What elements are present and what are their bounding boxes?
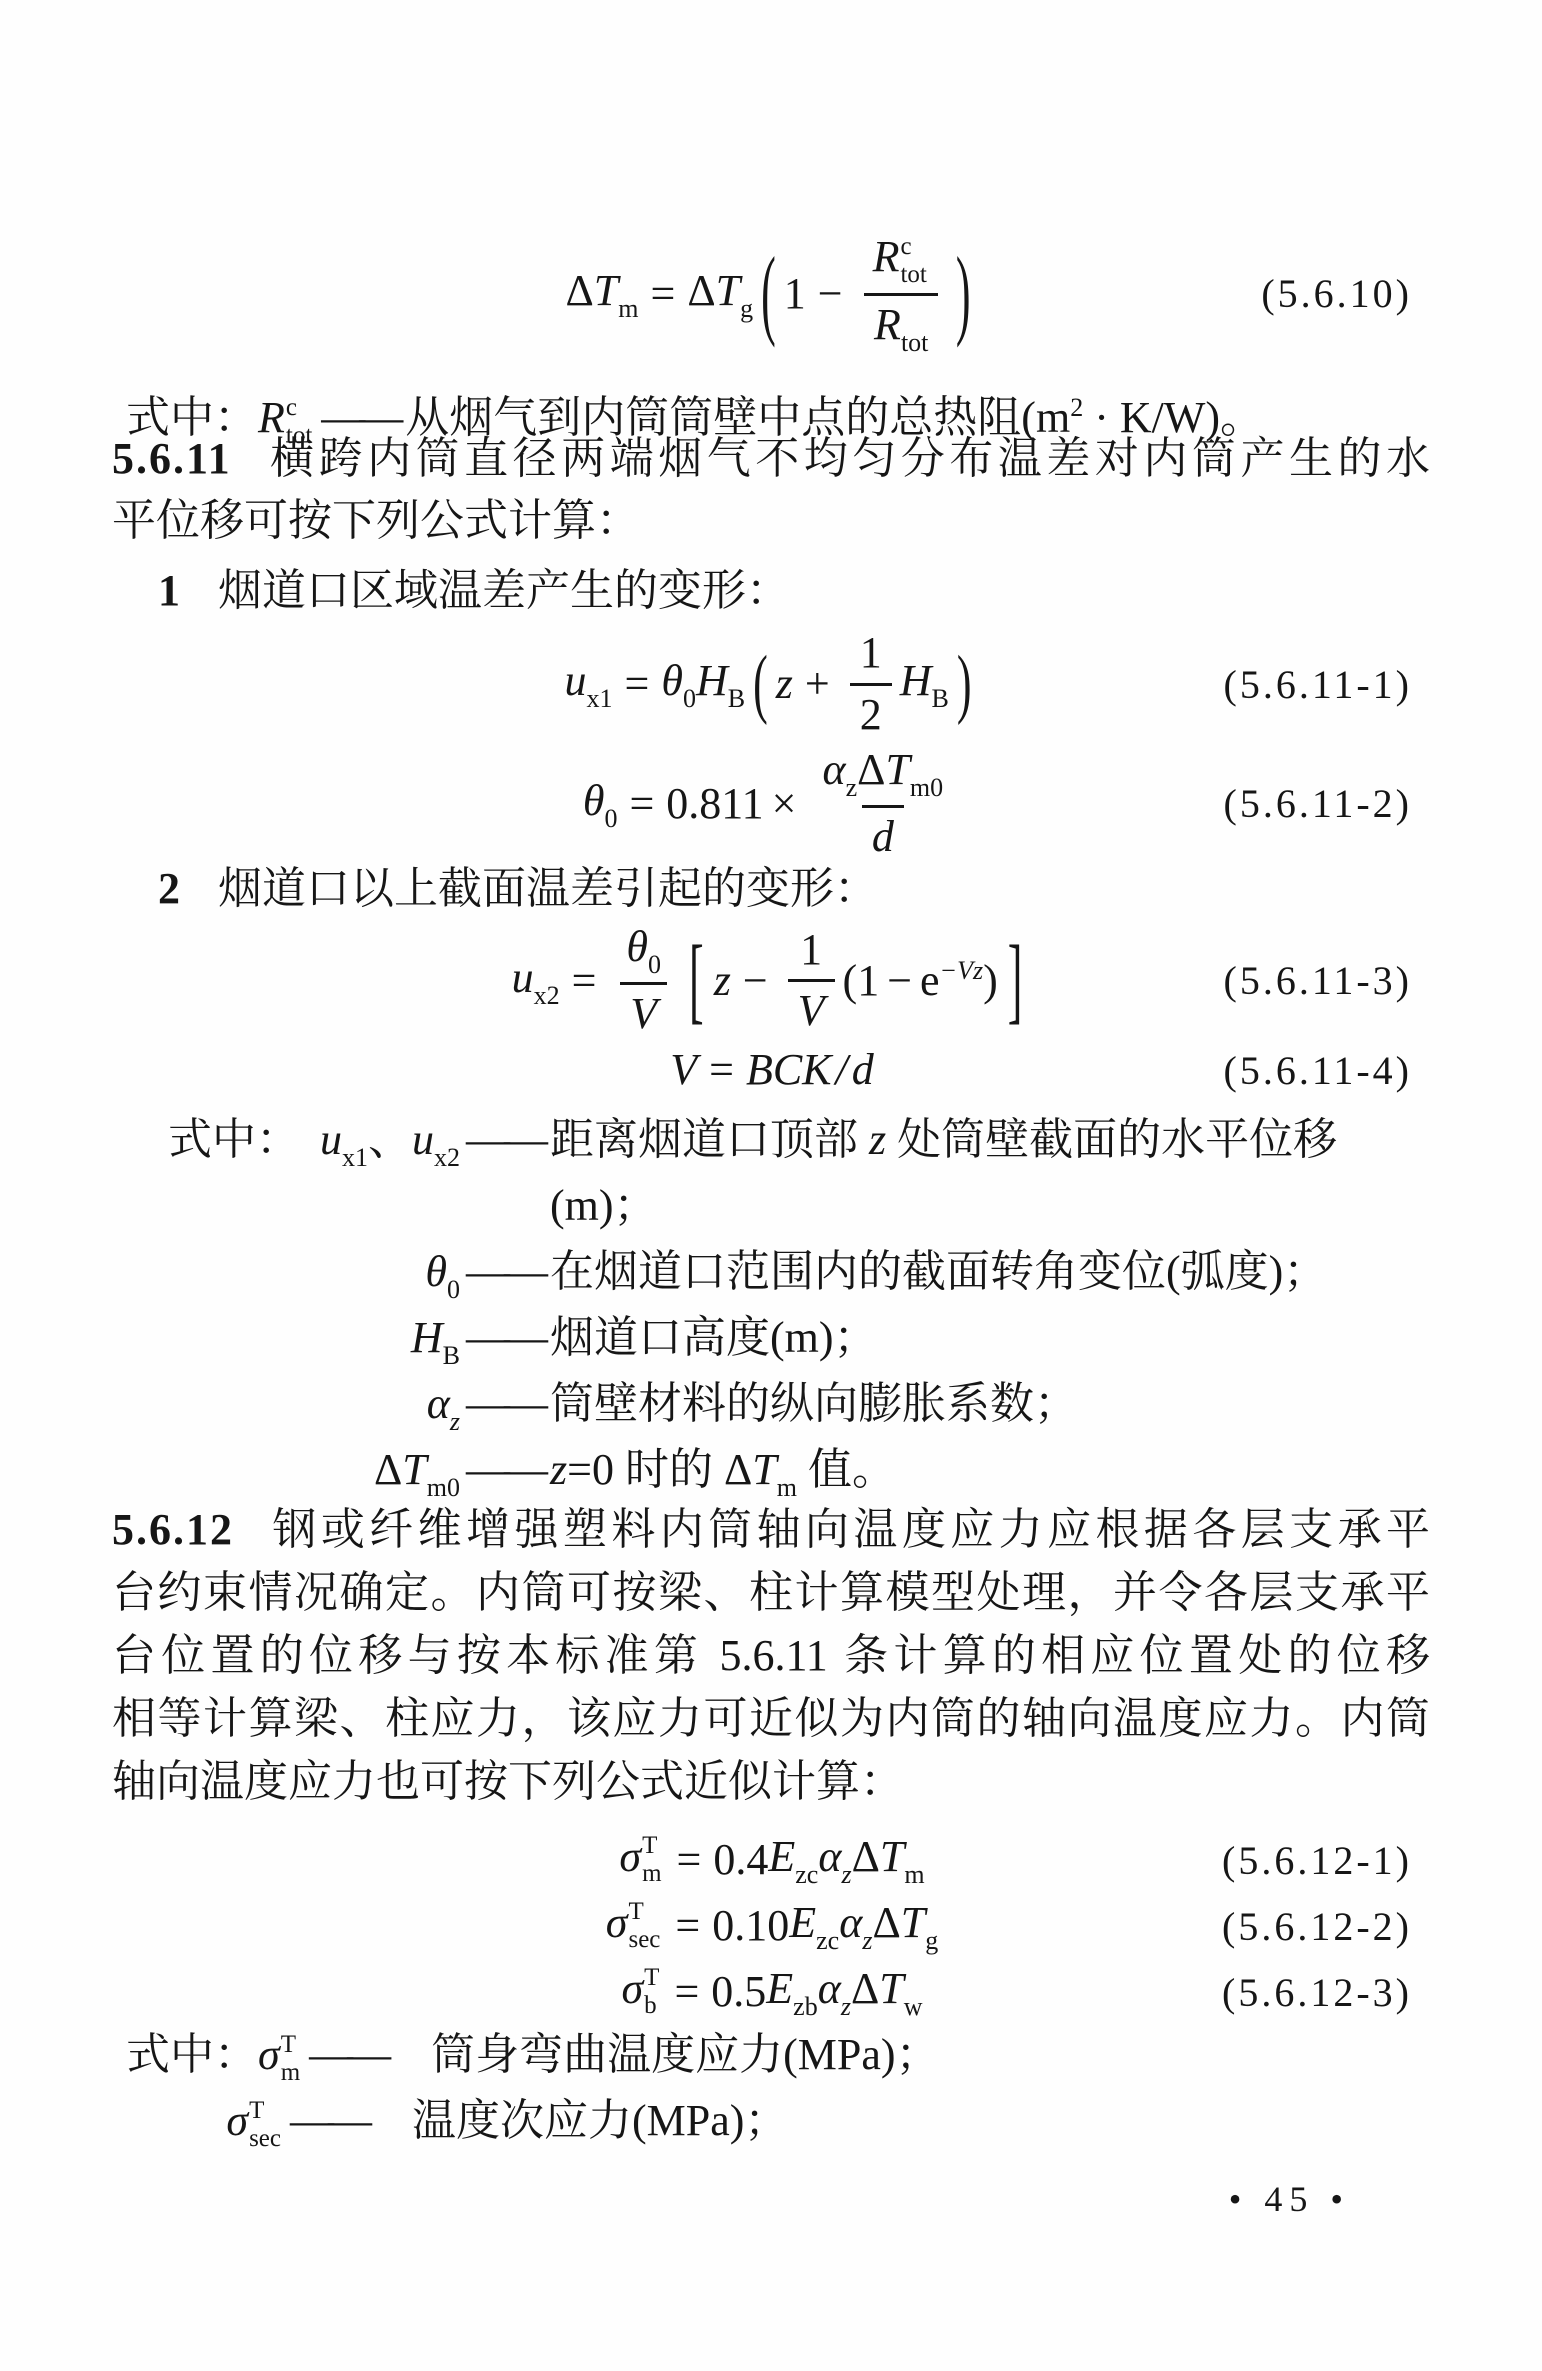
math-token: σTb (621, 1964, 662, 2021)
math-subscript: zb (793, 1992, 818, 2021)
clause-number: 5.6.12 (112, 1505, 234, 1554)
def-lead: 式中： (112, 1107, 300, 1173)
fraction: θ0 V (616, 922, 671, 1040)
math-subscript: x1 (342, 1143, 368, 1172)
sup-sub-stack: Tm (642, 1832, 661, 1888)
definition-symbol: αz (427, 1371, 460, 1437)
math-token: T (885, 745, 909, 794)
equation-formula: σTb = 0.5 Ezb αz ΔTw (112, 1964, 1184, 2021)
math-token: E (766, 1964, 793, 2013)
fraction-numerator: Rctot (863, 232, 940, 293)
math-superscript: 2 (1070, 393, 1083, 422)
definition-row: HB —— 烟道口高度(m)； (112, 1305, 1430, 1371)
math-subscript: m (281, 2059, 300, 2087)
document-page: ΔTm = ΔTg ( 1 − Rctot Rtot ) (5.6.10) 式中… (0, 0, 1542, 2371)
math-subscript: 0 (648, 950, 661, 979)
item-text: 烟道口以上截面温差引起的变形： (218, 864, 878, 913)
fraction: 1 V (788, 925, 835, 1037)
math-token: Δ (687, 266, 715, 315)
math-superscript: c (286, 394, 297, 422)
definition-symbol: θ0 (425, 1239, 460, 1305)
equation-number: (5.6.11-4) (1184, 1047, 1430, 1094)
definition-row: σTsec —— 温度次应力(MPa)； (112, 2088, 1430, 2154)
equation-5-6-10: ΔTm = ΔTg ( 1 − Rctot Rtot ) (5.6.10) (112, 232, 1430, 356)
math-token: V (630, 989, 657, 1038)
math-superscript: T (628, 1898, 643, 1926)
math-token: T (880, 1832, 904, 1881)
def-dash: —— (284, 2088, 412, 2154)
clause-text: 钢或纤维增强塑料内筒轴向温度应力应根据各层支承平 (268, 1505, 1430, 1554)
sup-sub-stack: Tm (281, 2031, 300, 2087)
math-token: Δ (374, 1445, 402, 1494)
close-bracket: ] (1008, 925, 1023, 1036)
math-token: u (512, 953, 534, 1002)
math-subscript: z (450, 1407, 460, 1436)
math-token: Ezc (768, 1832, 818, 1888)
definition-symbol: ux1、ux2 (320, 1107, 460, 1173)
equals-sign: = (677, 1835, 702, 1886)
equation-5-6-11-1: ux1 = θ0 HB ( z + 1 2 HB ) (5.6.11-1) (112, 628, 1430, 740)
sup-sub-stack: Tsec (628, 1898, 660, 1954)
math-token: σ (621, 1964, 643, 2013)
math-subscript: 0 (683, 684, 696, 713)
equals-sign: = (709, 1045, 734, 1096)
equation-formula: θ0 = 0.811 × αzΔTm0 d (112, 745, 1184, 863)
math-token: ΔTw (851, 1964, 923, 2020)
math-subscript: 0 (604, 804, 617, 833)
equation-formula: ux1 = θ0 HB ( z + 1 2 HB ) (112, 628, 1184, 740)
math-token: α (818, 1964, 841, 2013)
math-token: σ (226, 2096, 248, 2145)
math-token: σTsec (606, 1898, 664, 1955)
math-token: ΔTg (872, 1898, 938, 1954)
math-token: z (776, 659, 793, 710)
def-dash: —— (460, 1437, 550, 1503)
def-text: =0 时的 (567, 1445, 724, 1494)
clause-text: 横跨内筒直径两端烟气不均匀分布温差对内筒产生的水 (266, 434, 1430, 483)
math-token: σ (606, 1898, 628, 1947)
math-token: Δ (857, 745, 885, 794)
math-token: θ0 (661, 656, 696, 712)
math-subscript: B (728, 684, 745, 713)
item-number: 2 (158, 864, 182, 913)
sup-sub-stack: ctot (900, 233, 926, 289)
math-token: Δ (565, 266, 593, 315)
math-token: αz (818, 1964, 851, 2020)
equation-formula: ux2 = θ0 V [ z − 1 V ( 1 − e−Vz ) ] (112, 922, 1184, 1040)
math-token: θ (425, 1247, 447, 1296)
math-token: z (550, 1445, 567, 1494)
definition-symbol: σTsec (226, 2088, 284, 2154)
definition-left: HB (112, 1305, 460, 1371)
math-subscript: w (904, 1992, 923, 2021)
math-token: ux2 (512, 953, 560, 1009)
math-superscript: T (642, 1832, 657, 1860)
math-subscript: z (841, 1860, 851, 1889)
math-token: u (565, 656, 587, 705)
equals-sign: = (629, 779, 654, 830)
math-token: 0.10 (712, 1901, 789, 1952)
math-subscript: x2 (534, 981, 560, 1010)
equation-5-6-12-1: σTm = 0.4 Ezc αz ΔTm (5.6.12-1) (112, 1830, 1430, 1890)
def-text: 温度次应力(MPa)； (412, 2088, 788, 2154)
equals-sign: = (625, 659, 650, 710)
math-token: T (716, 266, 740, 315)
equals-sign: = (572, 956, 597, 1007)
open-bracket: [ (689, 925, 704, 1036)
separator: 、 (368, 1115, 412, 1164)
equals-sign: = (674, 1967, 699, 2018)
math-token: T (594, 266, 618, 315)
slash: / (836, 1045, 848, 1096)
definition-left: θ0 (112, 1239, 460, 1305)
math-token: z (714, 956, 731, 1007)
math-token: R (874, 300, 901, 349)
clause-number: 5.6.11 (112, 434, 232, 483)
math-subscript: g (925, 1926, 938, 1955)
math-token: Ezc (789, 1898, 839, 1954)
math-token: θ0 (583, 776, 618, 832)
math-token: H (900, 656, 932, 705)
fraction-denominator: 2 (850, 683, 892, 741)
fraction-numerator: θ0 (616, 922, 671, 982)
equation-formula: ΔTm = ΔTg ( 1 − Rctot Rtot ) (112, 232, 1184, 356)
equation-5-6-12-3: σTb = 0.5 Ezb αz ΔTw (5.6.12-3) (112, 1962, 1430, 2022)
math-subscript: x2 (434, 1143, 460, 1172)
def-text: 在烟道口范围内的截面转角变位(弧度)； (550, 1239, 1327, 1305)
math-subscript: B (931, 684, 948, 713)
math-subscript: x1 (587, 684, 613, 713)
math-token: α (822, 745, 845, 794)
math-token: d (872, 812, 894, 861)
clause-5-6-12: 5.6.12钢或纤维增强塑料内筒轴向温度应力应根据各层支承平 台约束情况确定。内… (112, 1498, 1430, 1813)
equation-number: (5.6.11-1) (1184, 661, 1430, 708)
math-subscript: B (443, 1341, 460, 1370)
math-token: V (670, 1045, 697, 1096)
definition-row: αz —— 筒壁材料的纵向膨胀系数； (112, 1371, 1430, 1437)
math-superscript: T (249, 2097, 264, 2125)
sup-sub-stack: Tb (644, 1964, 659, 2020)
math-token: T (752, 1445, 776, 1494)
math-superscript: T (281, 2031, 296, 2059)
fraction-numerator: 1 (850, 628, 892, 683)
math-token: θ (661, 656, 683, 705)
math-token: T (901, 1898, 925, 1947)
definition-row: ΔTm0 —— z=0 时的 ΔTm 值。 (112, 1437, 1430, 1503)
def-text: 筒壁材料的纵向膨胀系数； (550, 1371, 1078, 1437)
minus-sign: − (743, 956, 768, 1007)
definition-row-continuation: (m)； (112, 1173, 1430, 1239)
def-text: 烟道口高度(m)； (550, 1305, 878, 1371)
math-token: BCK (746, 1045, 832, 1096)
math-subscript: sec (628, 1926, 660, 1954)
math-token: d (852, 1045, 874, 1096)
fraction-numerator: 1 (790, 925, 832, 980)
math-superscript: c (900, 233, 911, 261)
math-token: α (427, 1379, 450, 1428)
clause-5-6-11: 5.6.11横跨内筒直径两端烟气不均匀分布温差对内筒产生的水 平位移可按下列公式… (112, 428, 1430, 552)
equation-5-6-12-2: σTsec = 0.10 Ezc αz ΔTg (5.6.12-2) (112, 1896, 1430, 1956)
list-item-1: 1烟道口区域温差产生的变形： (112, 560, 1430, 622)
math-subscript: tot (901, 328, 928, 357)
page-number: • 45 • (1229, 2178, 1350, 2220)
math-token: Ezb (766, 1964, 817, 2020)
def-text: (m)； (550, 1173, 658, 1239)
def-dash: —— (460, 1371, 550, 1437)
math-token: E (768, 1832, 795, 1881)
math-subscript: 0 (447, 1275, 460, 1304)
close-paren: ) (957, 640, 972, 729)
math-token: αz (818, 1832, 851, 1888)
math-subscript: zc (816, 1926, 839, 1955)
def-lead: 式中： (112, 2022, 258, 2088)
clause-line: 相等计算梁、柱应力，该应力可近似为内筒的轴向温度应力。内筒 (112, 1687, 1430, 1750)
equation-number: (5.6.10) (1184, 270, 1430, 317)
math-token: Δ (851, 1964, 879, 2013)
math-subscript: m (618, 294, 638, 323)
math-subscript: g (740, 294, 753, 323)
math-token: Δ (872, 1898, 900, 1947)
equation-number: (5.6.11-3) (1184, 957, 1430, 1004)
math-token: Δ (724, 1445, 752, 1494)
list-item-2: 2烟道口以上截面温差引起的变形： (112, 858, 1430, 920)
def-text: z=0 时的 ΔTm 值。 (550, 1437, 896, 1503)
math-token: 0.5 (711, 1967, 766, 2018)
math-token: R (873, 232, 900, 281)
math-subscript: zc (795, 1860, 818, 1889)
math-subscript: tot (900, 261, 926, 289)
equals-sign: = (650, 269, 675, 320)
equation-5-6-11-3: ux2 = θ0 V [ z − 1 V ( 1 − e−Vz ) ] (5.6… (112, 922, 1430, 1040)
def-dash: —— (460, 1305, 550, 1371)
math-token: α (818, 1832, 841, 1881)
fraction-denominator: V (788, 979, 835, 1037)
math-token: 1 (784, 269, 806, 320)
definition-row: θ0 —— 在烟道口范围内的截面转角变位(弧度)； (112, 1239, 1430, 1305)
math-token: ΔTm (852, 1832, 925, 1888)
math-subscript: z (862, 1926, 872, 1955)
close-paren: ) (956, 236, 971, 352)
times-sign: × (772, 779, 797, 830)
math-token: u (412, 1115, 434, 1164)
fraction-denominator: V (620, 982, 667, 1040)
clause-line: 5.6.11横跨内筒直径两端烟气不均匀分布温差对内筒产生的水 (112, 428, 1430, 490)
math-subscript: z (846, 773, 858, 802)
minus-sign: − (887, 956, 912, 1007)
math-superscript: T (644, 1964, 659, 1992)
math-superscript: −Vz (940, 956, 984, 985)
math-token: ΔTg (687, 266, 753, 322)
definition-5-6-11: 式中： ux1、ux2 —— 距离烟道口顶部 z 处筒壁截面的水平位移 (m)；… (112, 1107, 1430, 1503)
equation-formula: σTsec = 0.10 Ezc αz ΔTg (112, 1898, 1184, 1955)
math-token: α (839, 1898, 862, 1947)
clause-line: 台约束情况确定。内筒可按梁、柱计算模型处理，并令各层支承平 (112, 1561, 1430, 1624)
math-token: θ (583, 776, 605, 825)
fraction-denominator: Rtot (864, 293, 938, 356)
math-token: θ (626, 922, 648, 971)
math-token: V (798, 986, 825, 1035)
fraction-numerator: αzΔTm0 (812, 745, 953, 805)
math-token: σ (619, 1832, 641, 1881)
clause-line: 台位置的位移与按本标准第 5.6.11 条计算的相应位置处的位移 (112, 1624, 1430, 1687)
def-dash: —— (460, 1107, 550, 1173)
definition-left: σTsec (112, 2088, 284, 2154)
math-subscript: b (644, 1992, 657, 2020)
math-token: 0.811 (666, 779, 763, 830)
definition-left: αz (112, 1371, 460, 1437)
math-token: z (869, 1115, 886, 1164)
definition-symbol: σTm (258, 2022, 303, 2088)
math-subscript: sec (249, 2125, 281, 2153)
math-token: ΔTm (565, 266, 638, 322)
math-token: H (696, 656, 728, 705)
item-text: 烟道口区域温差产生的变形： (218, 566, 790, 615)
math-token: HB (900, 656, 949, 712)
plus-sign: + (805, 659, 830, 710)
math-subscript: m (904, 1860, 924, 1889)
fraction: 1 2 (850, 628, 892, 740)
equation-formula: V = BCK / d (112, 1045, 1184, 1096)
math-token: T (879, 1964, 903, 2013)
math-token: H (411, 1313, 443, 1362)
def-dash: —— (460, 1239, 550, 1305)
math-token: αz (839, 1898, 872, 1954)
equation-5-6-11-4: V = BCK / d (5.6.11-4) (112, 1042, 1430, 1098)
equation-number: (5.6.12-1) (1184, 1837, 1430, 1884)
definition-left: ΔTm0 (112, 1437, 460, 1503)
definition-left: 式中： σTm (112, 2022, 303, 2088)
math-token: 1 (857, 956, 879, 1007)
equation-formula: σTm = 0.4 Ezc αz ΔTm (112, 1832, 1184, 1889)
math-token: e (920, 956, 940, 1005)
math-token: HB (696, 656, 745, 712)
open-paren: ( (761, 236, 776, 352)
math-subscript: m0 (910, 773, 943, 802)
clause-line: 轴向温度应力也可按下列公式近似计算： (112, 1750, 1430, 1813)
math-token: u (320, 1115, 342, 1164)
definition-row: 式中： σTm —— 筒身弯曲温度应力(MPa)； (112, 2022, 1430, 2088)
clause-line: 平位移可按下列公式计算： (112, 490, 1430, 552)
def-text: 处筒壁截面的水平位移 (886, 1115, 1337, 1164)
item-number: 1 (158, 566, 182, 615)
definition-symbol: ΔTm0 (374, 1437, 460, 1503)
equation-number: (5.6.11-2) (1184, 780, 1430, 827)
math-subscript: m (642, 1860, 661, 1888)
fraction: αzΔTm0 d (812, 745, 953, 863)
fraction: Rctot Rtot (863, 232, 940, 356)
minus-sign: − (818, 269, 843, 320)
math-token: ux1 (565, 656, 613, 712)
definition-row: 式中： ux1、ux2 —— 距离烟道口顶部 z 处筒壁截面的水平位移 (112, 1107, 1430, 1173)
clause-line: 5.6.12钢或纤维增强塑料内筒轴向温度应力应根据各层支承平 (112, 1498, 1430, 1561)
definition-symbol: HB (411, 1305, 460, 1371)
def-dash: —— (303, 2022, 431, 2088)
math-token: e−Vz (920, 956, 983, 1007)
sup-sub-stack: Tsec (249, 2097, 281, 2153)
math-token: σ (258, 2030, 280, 2079)
definition-left: 式中： ux1、ux2 (112, 1107, 460, 1173)
math-token: E (789, 1898, 816, 1947)
math-token: 0.4 (713, 1835, 768, 1886)
equation-number: (5.6.12-2) (1184, 1903, 1430, 1950)
math-subscript: z (841, 1992, 851, 2021)
equation-5-6-11-2: θ0 = 0.811 × αzΔTm0 d (5.6.11-2) (112, 745, 1430, 863)
def-text: 距离烟道口顶部 (550, 1115, 869, 1164)
fraction-denominator: d (862, 805, 904, 863)
def-text: 距离烟道口顶部 z 处筒壁截面的水平位移 (550, 1107, 1337, 1173)
math-token: σTm (619, 1832, 664, 1889)
def-text: 值。 (797, 1445, 896, 1494)
equation-number: (5.6.12-3) (1184, 1969, 1430, 2016)
equals-sign: = (675, 1901, 700, 1952)
def-text: 筒身弯曲温度应力(MPa)； (431, 2022, 939, 2088)
math-token: ) (983, 956, 998, 1007)
math-token: ( (843, 956, 858, 1007)
definition-5-6-12: 式中： σTm —— 筒身弯曲温度应力(MPa)； σTsec —— 温度次应力… (112, 2022, 1430, 2154)
open-paren: ( (753, 640, 768, 729)
math-token: Δ (852, 1832, 880, 1881)
math-token: T (402, 1445, 426, 1494)
